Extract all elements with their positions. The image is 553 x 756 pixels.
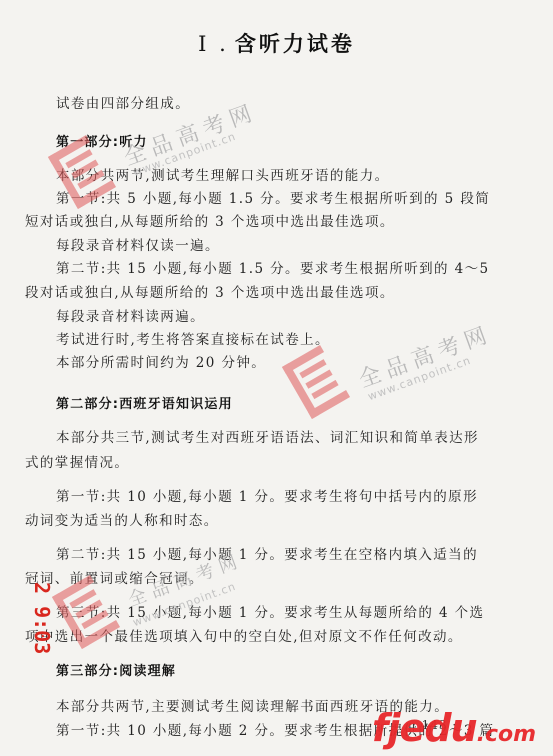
- paragraph-line: 第三节:共 15 小题,每小题 1 分。要求考生从每题所给的 4 个选: [56, 601, 553, 621]
- part1-heading: 第一部分:听力: [56, 131, 553, 150]
- paragraph-line: 第二节:共 15 小题,每小题 1 分。要求考生在空格内填入适当的: [56, 543, 553, 563]
- timestamp-stamp: 2 9:03: [30, 582, 54, 654]
- paragraph-line: 考试进行时,考生将答案直接标在试卷上。: [56, 328, 553, 348]
- title-numeral: I .: [198, 32, 229, 56]
- paragraph-line: 式的掌握情况。: [25, 451, 525, 471]
- paragraph-line: 第一节:共 5 小题,每小题 1.5 分。要求考生根据所听到的 5 段简: [56, 187, 553, 207]
- paragraph-line: 本部分共三节,测试考生对西班牙语语法、词汇知识和简单表达形: [56, 426, 553, 446]
- paragraph-line: 短对话或独白,从每题所给的 3 个选项中选出最佳选项。: [25, 210, 525, 230]
- fjedu-logo-suffix: .com: [477, 722, 536, 747]
- paragraph-line: 冠词、前置词或缩合冠词。: [25, 567, 525, 587]
- part3-heading: 第三部分:阅读理解: [56, 660, 553, 679]
- paragraph-line: 动词变为适当的人称和时态。: [25, 509, 525, 529]
- part2-heading: 第二部分:西班牙语知识运用: [56, 393, 553, 412]
- paragraph-line: 本部分共两节,测试考生理解口头西班牙语的能力。: [56, 164, 553, 184]
- fjedu-logo: fjedu.com: [372, 706, 536, 750]
- paragraph-line: 段对话或独白,从每题所给的 3 个选项中选出最佳选项。: [25, 281, 525, 301]
- fjedu-logo-main: fjedu: [372, 706, 477, 750]
- intro-text: 试卷由四部分组成。: [56, 92, 553, 112]
- document-page: I .含听力试卷 试卷由四部分组成。 第一部分:听力 本部分共两节,测试考生理解…: [0, 0, 553, 756]
- paragraph-line: 第二节:共 15 小题,每小题 1.5 分。要求考生根据所听到的 4～5: [56, 257, 553, 277]
- title-text: 含听力试卷: [235, 31, 355, 56]
- paragraph-line: 每段录音材料仅读一遍。: [56, 234, 553, 254]
- paragraph-line: 本部分所需时间约为 20 分钟。: [56, 351, 553, 371]
- paragraph-line: 每段录音材料读两遍。: [56, 305, 553, 325]
- page-title: I .含听力试卷: [0, 28, 553, 58]
- paragraph-line: 项中选出一个最佳选项填入句中的空白处,但对原文不作任何改动。: [25, 625, 525, 645]
- paragraph-line: 第一节:共 10 小题,每小题 1 分。要求考生将句中括号内的原形: [56, 485, 553, 505]
